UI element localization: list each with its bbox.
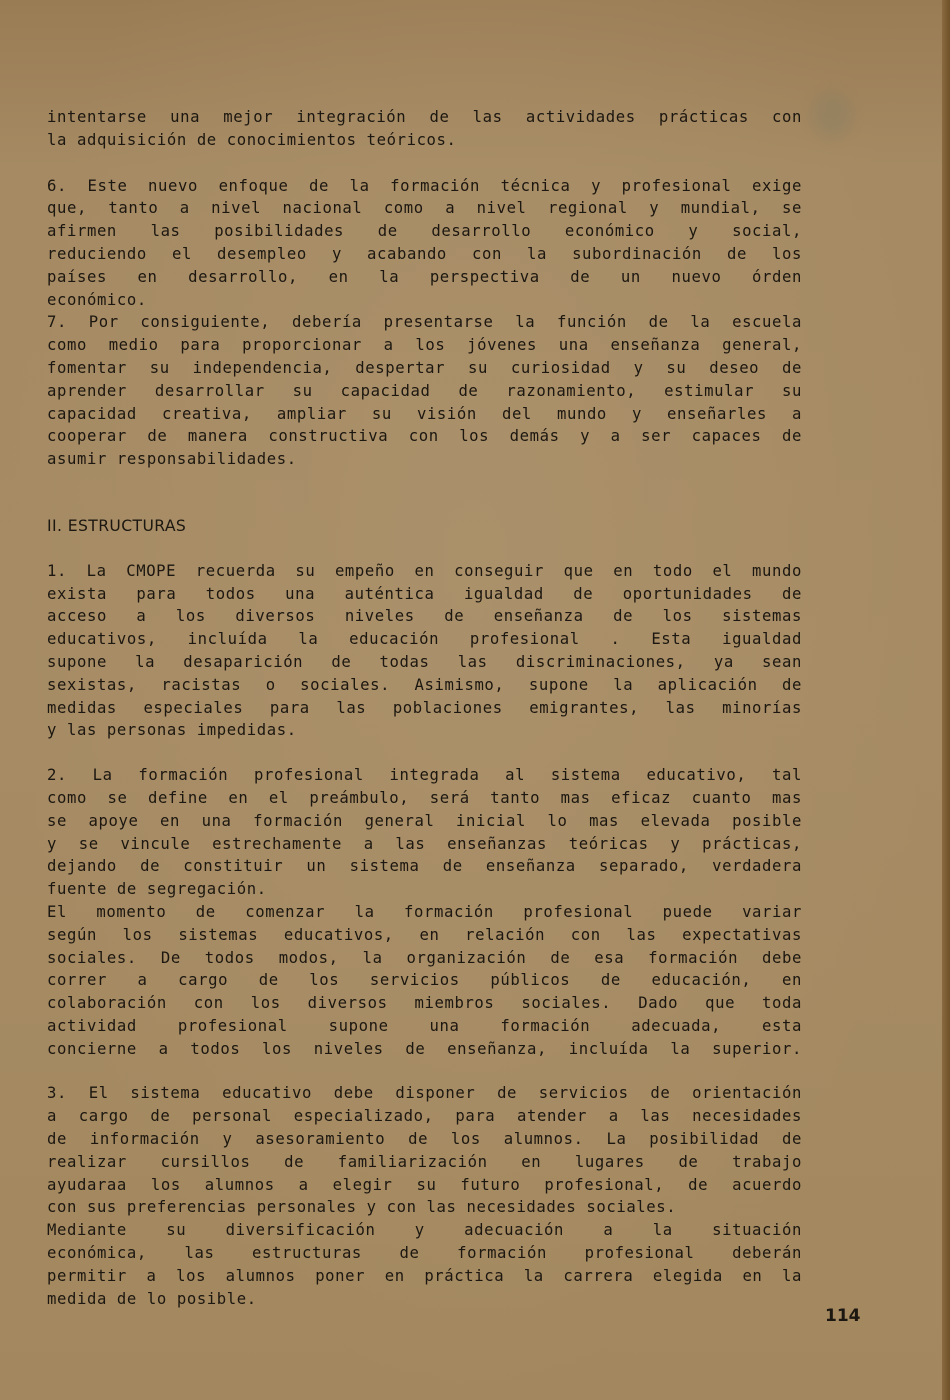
- text-line: educativos, incluída la educación profes…: [47, 628, 802, 651]
- text-line: 1. La CMOPE recuerda su empeño en conseg…: [47, 560, 802, 583]
- text-line: ayudaraa los alumnos a elegir su futuro …: [47, 1174, 802, 1197]
- text-line: colaboración con los diversos miembros s…: [47, 992, 802, 1015]
- text-line: Mediante su diversificación y adecuación…: [47, 1219, 802, 1242]
- text-line: supone la desaparición de todas las disc…: [47, 651, 802, 674]
- text-line: El momento de comenzar la formación prof…: [47, 901, 802, 924]
- text-line: 2. La formación profesional integrada al…: [47, 764, 802, 787]
- text-line: exista para todos una auténtica igualdad…: [47, 583, 802, 606]
- text-line: como medio para proporcionar a los jóven…: [47, 334, 802, 357]
- text-line: países en desarrollo, en la perspectiva …: [47, 266, 802, 289]
- text-line: según los sistemas educativos, en relaci…: [47, 924, 802, 947]
- text-line: intentarse una mejor integración de las …: [47, 106, 802, 129]
- text-line: medida de lo posible.: [47, 1288, 802, 1311]
- text-line: sociales. De todos modos, la organizació…: [47, 947, 802, 970]
- paragraph-structures-1: 1. La CMOPE recuerda su empeño en conseg…: [47, 560, 802, 742]
- text-line: y las personas impedidas.: [47, 719, 802, 742]
- paper-stain: [812, 92, 852, 137]
- text-line: asumir responsabilidades.: [47, 448, 802, 471]
- text-line: dejando de constituir un sistema de ense…: [47, 855, 802, 878]
- text-line: aprender desarrollar su capacidad de raz…: [47, 380, 802, 403]
- text-line: que, tanto a nivel nacional como a nivel…: [47, 197, 802, 220]
- page-number: 114: [825, 1306, 861, 1326]
- text-line: medidas especiales para las poblaciones …: [47, 697, 802, 720]
- text-line: capacidad creativa, ampliar su visión de…: [47, 403, 802, 426]
- text-line: sexistas, racistas o sociales. Asimismo,…: [47, 674, 802, 697]
- text-line: actividad profesional supone una formaci…: [47, 1015, 802, 1038]
- paragraph-structures-2: 2. La formación profesional integrada al…: [47, 764, 802, 1060]
- text-line: como se define en el preámbulo, será tan…: [47, 787, 802, 810]
- text-line: se apoye en una formación general inicia…: [47, 810, 802, 833]
- paragraph-6: 6. Este nuevo enfoque de la formación té…: [47, 175, 802, 312]
- text-line: 3. El sistema educativo debe disponer de…: [47, 1082, 802, 1105]
- text-line: permitir a los alumnos poner en práctica…: [47, 1265, 802, 1288]
- text-line: económico.: [47, 289, 802, 312]
- text-line: acceso a los diversos niveles de enseñan…: [47, 605, 802, 628]
- page-binding-edge: [942, 0, 950, 1400]
- text-line: afirmen las posibilidades de desarrollo …: [47, 220, 802, 243]
- text-line: concierne a todos los niveles de enseñan…: [47, 1038, 802, 1061]
- text-line: la adquisición de conocimientos teóricos…: [47, 129, 802, 152]
- text-line: fomentar su independencia, despertar su …: [47, 357, 802, 380]
- text-line: a cargo de personal especializado, para …: [47, 1105, 802, 1128]
- text-line: económica, las estructuras de formación …: [47, 1242, 802, 1265]
- text-line: reduciendo el desempleo y acabando con l…: [47, 243, 802, 266]
- text-line: correr a cargo de los servicios públicos…: [47, 969, 802, 992]
- text-line: cooperar de manera constructiva con los …: [47, 425, 802, 448]
- text-line: realizar cursillos de familiarización en…: [47, 1151, 802, 1174]
- text-line: y se vincule estrechamente a las enseñan…: [47, 833, 802, 856]
- text-line: de información y asesoramiento de los al…: [47, 1128, 802, 1151]
- paragraph-structures-3: 3. El sistema educativo debe disponer de…: [47, 1082, 802, 1310]
- text-line: 6. Este nuevo enfoque de la formación té…: [47, 175, 802, 198]
- document-page: intentarse una mejor integración de las …: [47, 106, 802, 1310]
- text-line: 7. Por consiguiente, debería presentarse…: [47, 311, 802, 334]
- text-line: con sus preferencias personales y con la…: [47, 1196, 802, 1219]
- paragraph-7: 7. Por consiguiente, debería presentarse…: [47, 311, 802, 471]
- text-line: fuente de segregación.: [47, 878, 802, 901]
- paragraph-intro-continued: intentarse una mejor integración de las …: [47, 106, 802, 152]
- section-heading: II. ESTRUCTURAS: [47, 515, 802, 538]
